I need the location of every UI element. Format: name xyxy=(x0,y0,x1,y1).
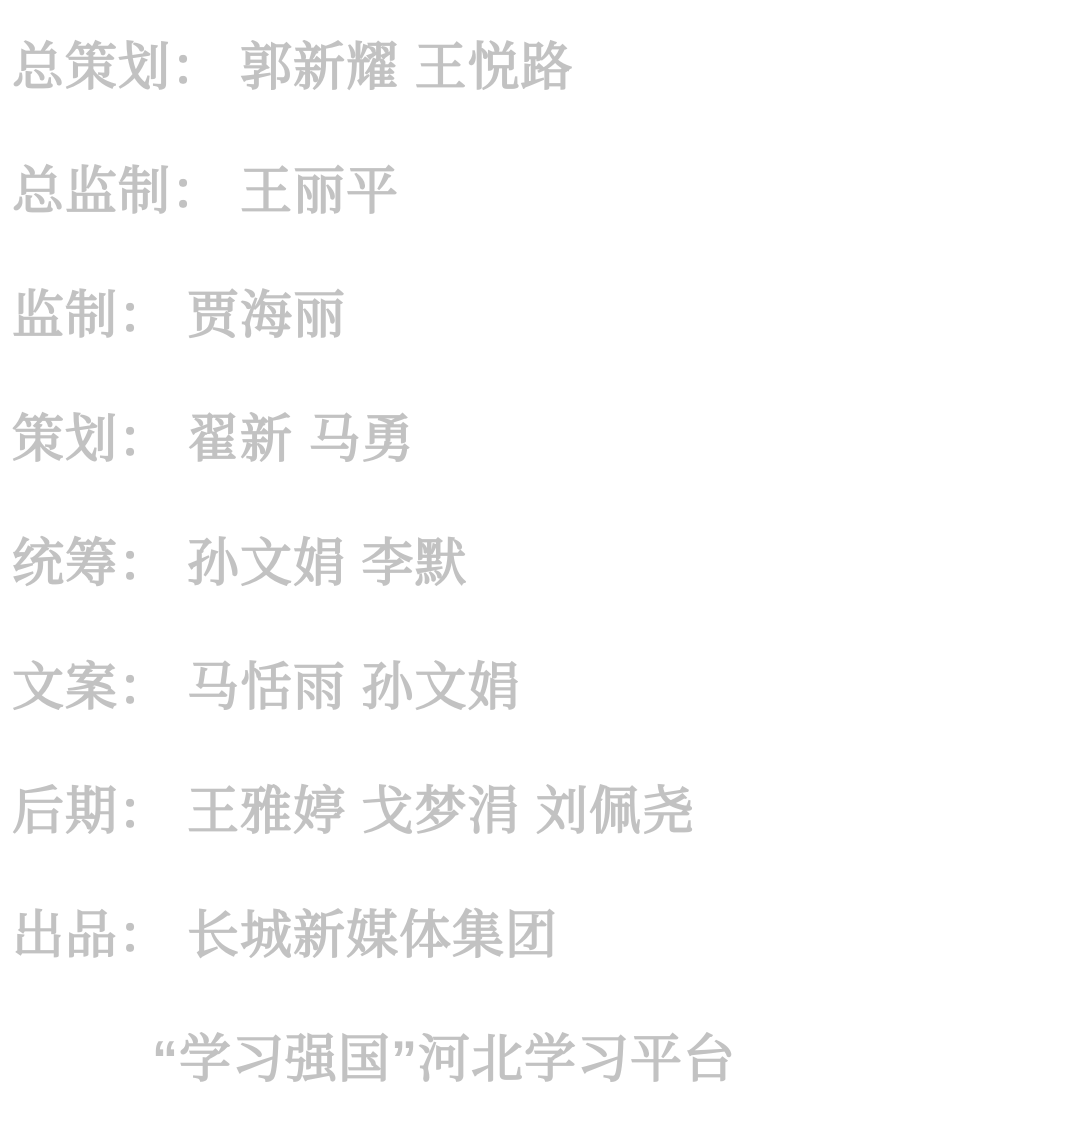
names-text: 马恬雨 孙文娟 xyxy=(187,659,520,717)
credit-line-post-production: 后期：王雅婷 戈梦涓 刘佩尧 xyxy=(12,784,1087,840)
role-label: 策划： xyxy=(12,411,171,469)
names-text: 贾海丽 xyxy=(187,287,346,345)
credits-list: 总策划：郭新耀 王悦路 总监制：王丽平 监制：贾海丽 策划：翟新 马勇 统筹：孙… xyxy=(0,0,1087,1088)
names-text: 翟新 马勇 xyxy=(187,411,414,469)
credit-line-producer: 出品：长城新媒体集团 xyxy=(12,908,1087,964)
role-label: 监制： xyxy=(12,287,171,345)
role-label: 文案： xyxy=(12,659,171,717)
names-text: 长城新媒体集团 xyxy=(187,907,558,965)
role-label: 出品： xyxy=(12,907,171,965)
publisher-footer: “学习强国”河北学习平台 xyxy=(152,1032,1087,1088)
role-label: 总监制： xyxy=(12,163,224,221)
credit-line-supervisor: 监制：贾海丽 xyxy=(12,288,1087,344)
names-text: 王雅婷 戈梦涓 刘佩尧 xyxy=(187,783,695,841)
names-text: 郭新耀 王悦路 xyxy=(240,39,573,97)
credit-line-chief-planner: 总策划：郭新耀 王悦路 xyxy=(12,40,1087,96)
role-label: 统筹： xyxy=(12,535,171,593)
names-text: 孙文娟 李默 xyxy=(187,535,467,593)
credit-line-chief-supervisor: 总监制：王丽平 xyxy=(12,164,1087,220)
credit-line-coordinator: 统筹：孙文娟 李默 xyxy=(12,536,1087,592)
credit-line-planner: 策划：翟新 马勇 xyxy=(12,412,1087,468)
role-label: 总策划： xyxy=(12,39,224,97)
credit-line-copywriter: 文案：马恬雨 孙文娟 xyxy=(12,660,1087,716)
role-label: 后期： xyxy=(12,783,171,841)
names-text: 王丽平 xyxy=(240,163,399,221)
